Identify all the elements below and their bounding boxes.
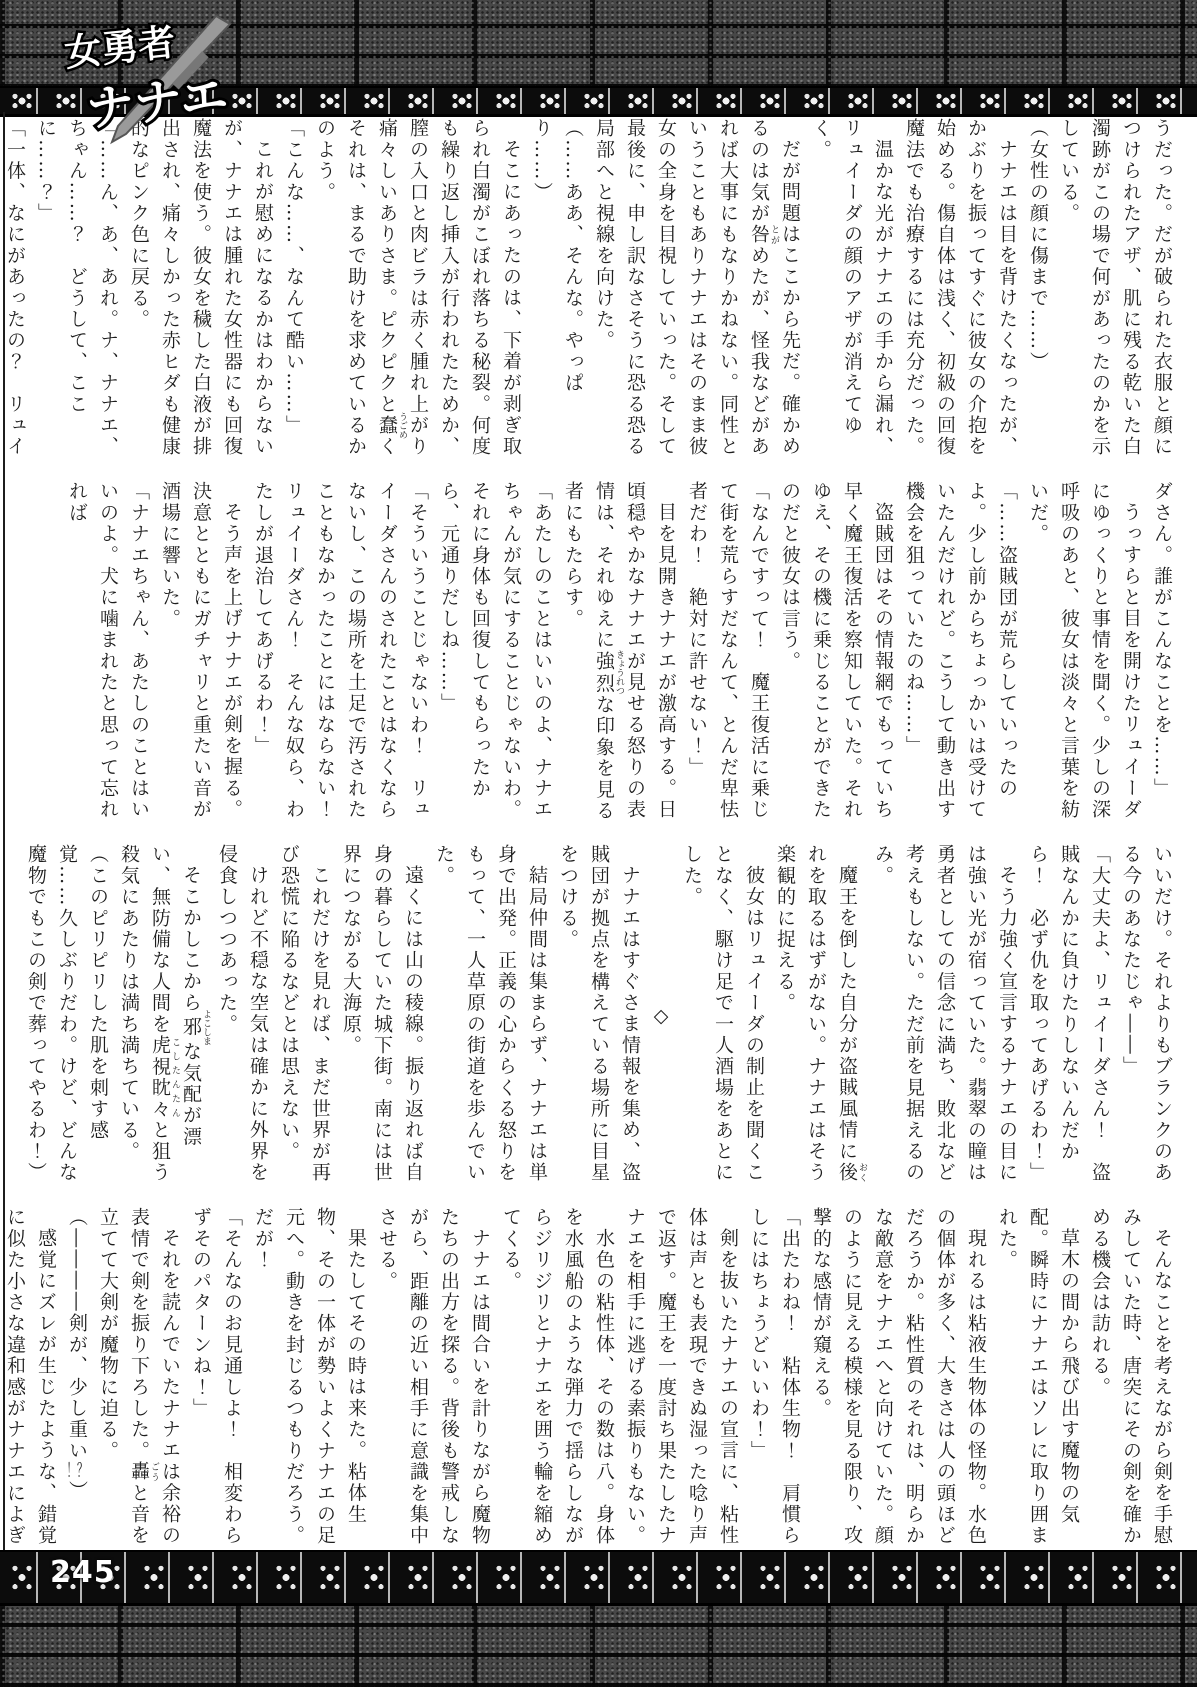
paragraph: 盗賊団はその情報網でもっていち早く魔王復活を察知していた。それゆえ、その機に乗じ… — [774, 481, 898, 825]
paragraph: そう声を上げナナエが剣を握る。決意とともにガチャリと重たい音が酒場に響いた。 — [154, 481, 247, 825]
paragraph: それを読んでいたナナエは余裕の表情で剣を振り下ろした。轟ごうと音を立てて大剣が魔… — [92, 1207, 185, 1551]
paragraph: そう力強く宣言するナナエの目には強い光が宿っていた。翡翠の瞳は勇者としての信念に… — [867, 844, 1022, 1188]
logo-title-top: 女勇者 — [62, 21, 177, 75]
paragraph: これだけを見れば、まだ世界が再び恐慌に陥るなどとは思えない。 — [273, 844, 335, 1188]
page-number: 245 — [50, 1555, 116, 1590]
paragraph: 水色の粘性体、その数は八。身体を水風船のような弾力で揺らしながらジリジリとナナエ… — [495, 1207, 619, 1551]
paragraph: そこかしこから邪よこしまな気配が漂い、無防備な人間を虎視眈々こしたんたんと狙う殺… — [113, 844, 211, 1188]
paragraph: うっすらと目を開けたリュイーダにゆっくりと事情を聞く。少しの深呼吸のあと、彼女は… — [1022, 481, 1146, 825]
paragraph: ナナエは目を背けたくなったが、かぶりを振ってすぐに彼女の介抱を始める。傷自体は浅… — [898, 118, 1022, 462]
paragraph: 草木の間から飛び出す魔物の気配。瞬時にナナエはソレに取り囲まれた。 — [991, 1207, 1084, 1551]
paragraph: 現れるは粘液生物体の怪物。水色の個体が多く、大きさは人の頭ほどだろうか。粘性質の… — [805, 1207, 991, 1551]
paragraph: 遠くには山の稜線。振り返れば自身の暮らしていた城下街。南には世界につながる大海原… — [335, 844, 428, 1188]
paragraph: だが問題はここから先だ。確かめるのは気が咎とがめたが、怪我などがあれば大事にもな… — [588, 118, 805, 462]
bottom-brick-border — [0, 1601, 1197, 1687]
paragraph: 「なんですって！ 魔王復活に乗じて街を荒らすだなんて、とんだ卑怯者だわ！ 絶対に… — [681, 481, 774, 825]
paragraph: けれど不穏な空気は確かに外界を侵食しつつあった。 — [211, 844, 273, 1188]
paragraph: （……ああ、そんな。やっぱり……） — [526, 118, 588, 462]
text-band-3: いいだけ。それよりもブランクのある今のあなたじゃ――」「大丈夫よ、リュイーダさん… — [57, 844, 1177, 1188]
paragraph: いいだけ。それよりもブランクのある今のあなたじゃ――」 — [1115, 844, 1177, 1188]
paragraph: 「そういうことじゃないわ！ リュイーダさんのされたことはなくならないし、この場所… — [247, 481, 433, 825]
paragraph: 温かな光がナナエの手から漏れ、リュイーダの顔のアザが消えてゆく。 — [805, 118, 898, 462]
paragraph: 彼女はリュイーダの制止を聞くことなく、駆け足で一人酒場をあとにした。 — [676, 844, 769, 1188]
paragraph: 結局仲間は集まらず、ナナエは単身で出発。正義の心からくる怒りをもって、一人草原の… — [428, 844, 552, 1188]
paragraph: （――――剣が、少し重い！？） — [61, 1207, 92, 1551]
paragraph: 感覚にズレが生じたような、錯覚に似た小さな違和感がナナエによぎる。 — [0, 1207, 61, 1551]
section-divider: ◇ — [645, 844, 676, 1188]
scanned-novel-page: { "page": { "logo": { "title_top": "女勇者"… — [0, 0, 1197, 1687]
logo-graphic: 女勇者 ナナエ — [48, 14, 268, 146]
floral-border-bottom — [0, 1550, 1197, 1606]
paragraph: （このピリピリした肌を刺す感覚……久しぶりだわ。けど、どんな魔物でもこの剣で葬っ… — [20, 844, 113, 1188]
paragraph: 果たしてその時は来た。粘体生物、その一体が勢いよくナナエの足元へ。動きを封じるつ… — [247, 1207, 371, 1551]
paragraph: 「大丈夫よ、リュイーダさん！ 盗賊なんかに負けたりしないんだから！ 必ず仇を取っ… — [1022, 844, 1115, 1188]
paragraph: ダさん。誰がこんなことを……」 — [1146, 481, 1177, 825]
paragraph: 「そんなのお見通しよ！ 相変わらずそのパターンね！」 — [185, 1207, 247, 1551]
paragraph: 「こんな……、なんて酷い……」 — [278, 118, 309, 462]
paragraph: そんなことを考えながら剣を手慰みしていた時、唐突にその剣を確かめる機会は訪れる。 — [1084, 1207, 1177, 1551]
series-logo: 女勇者 ナナエ — [48, 14, 268, 146]
paragraph: 剣を抜いたナナエの宣言に、粘性体は声とも表現できぬ湿った唸り声で返す。魔王を一度… — [619, 1207, 743, 1551]
text-band-4: そんなことを考えながら剣を手慰みしていた時、唐突にその剣を確かめる機会は訪れる。… — [57, 1207, 1177, 1551]
paragraph: そこにあったのは、下着が剥ぎ取られ白濁がこぼれ落ちる秘裂。何度も繰り返し挿入が行… — [309, 118, 526, 462]
paragraph: ナナエはすぐさま情報を集め、盗賊団が拠点を構えている場所に目星をつける。 — [552, 844, 645, 1188]
paragraph: 「あたしのことはいいのよ、ナナエちゃんが気にすることじゃないわ。それに身体も回復… — [433, 481, 557, 825]
paragraph: ナナエは間合いを計りながら魔物たちの出方を探る。背後も警戒しながら、距離の近い相… — [371, 1207, 495, 1551]
paragraph: 「ナナエちゃん、あたしのことはいいのよ。犬に噛まれたと思って忘れれば — [61, 481, 154, 825]
paragraph: これが慰めになるかはわからないが、ナナエは腫れた女性器にも回復魔法を使う。彼女を… — [123, 118, 278, 462]
paragraph: 魔王を倒した自分が盗賊風情に後おくれを取るはずがない。ナナエはそう楽観的に捉える… — [769, 844, 867, 1188]
text-band-2: ダさん。誰がこんなことを……」うっすらと目を開けたリュイーダにゆっくりと事情を聞… — [57, 481, 1177, 825]
paragraph: 「……ん、あ、あれ。ナ、ナナエ、ちゃん……？ どうして、ここに……？」 — [30, 118, 123, 462]
paragraph: 「一体、なにがあったの？ リュイー — [0, 118, 30, 462]
paragraph: 目を見開きナナエが激高する。日頃穏やかなナナエが見せる怒りの表情は、それゆえに強… — [557, 481, 681, 825]
logo-title-bottom: ナナエ — [83, 67, 230, 138]
paragraph: 「……盗賊団が荒らしていったのよ。少し前からちょっかいは受けていたんだけれど。こ… — [898, 481, 1022, 825]
paragraph: うだった。だが破られた衣服と顔につけられたアザ、肌に残る乾いた白濁跡がこの場で何… — [1053, 118, 1177, 462]
text-band-1: うだった。だが破られた衣服と顔につけられたアザ、肌に残る乾いた白濁跡がこの場で何… — [57, 118, 1177, 462]
paragraph: 「出たわね！ 粘体生物！ 肩慣らしにはちょうどいいわ！」 — [743, 1207, 805, 1551]
paragraph: （女性の顔に傷まで……） — [1022, 118, 1053, 462]
